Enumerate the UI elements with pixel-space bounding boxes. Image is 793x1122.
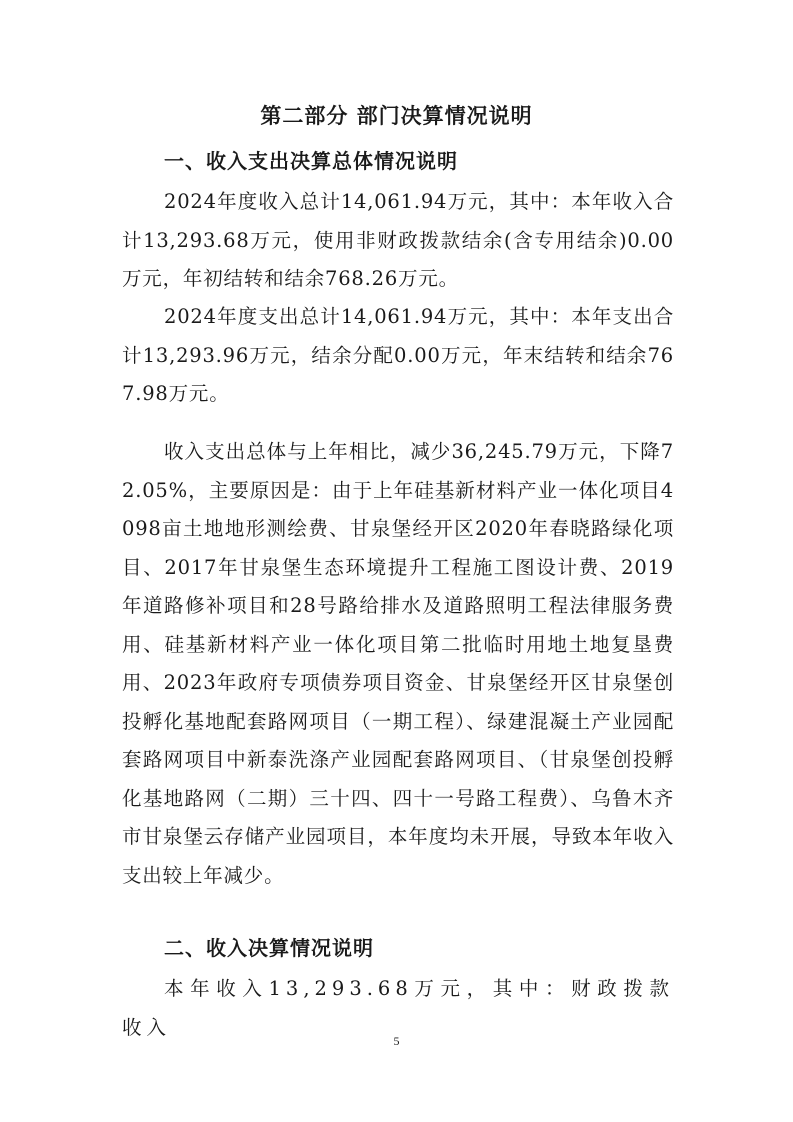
paragraph-year-comparison: 收入支出总体与上年相比，减少36,245.79万元，下降72.05%，主要原因是… <box>122 433 674 895</box>
paragraph-income-total: 2024年度收入总计14,061.94万元，其中：本年收入合计13,293.68… <box>122 183 674 299</box>
section-heading-income: 二、收入决算情况说明 <box>164 932 374 964</box>
document-page: 第二部分 部门决算情况说明 一、收入支出决算总体情况说明 2024年度收入总计1… <box>0 0 793 1122</box>
page-title: 第二部分 部门决算情况说明 <box>0 100 793 132</box>
section-heading-overview: 一、收入支出决算总体情况说明 <box>164 145 458 177</box>
page-number: 5 <box>0 1034 793 1049</box>
paragraph-expenditure-total: 2024年度支出总计14,061.94万元，其中：本年支出合计13,293.96… <box>122 298 674 414</box>
